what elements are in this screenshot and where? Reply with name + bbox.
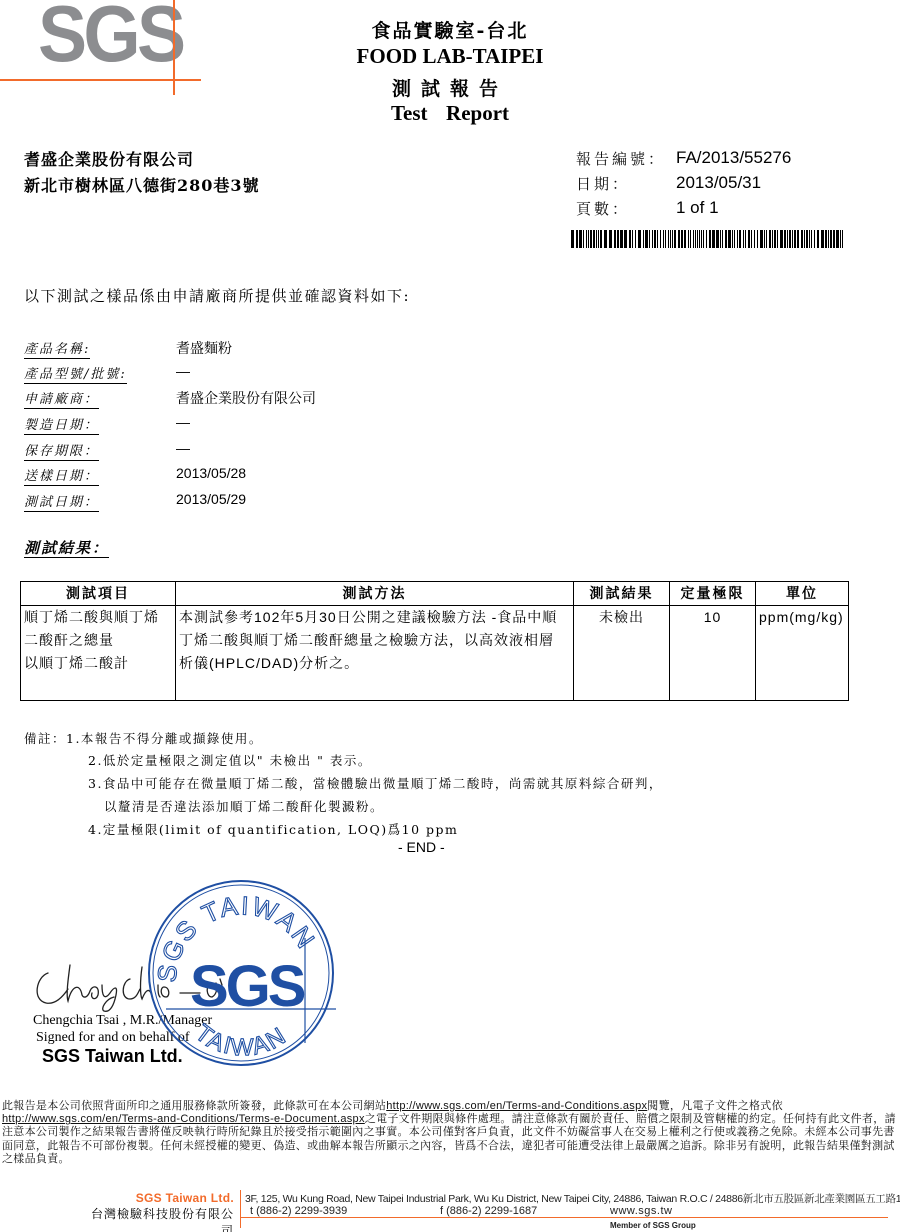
- note-3: 3.食品中可能存在微量順丁烯二酸，當檢體驗出微量順丁烯二酸時，尚需就其原料綜合研…: [88, 774, 663, 792]
- cell-test-result: 未檢出: [574, 606, 670, 701]
- header-test-result: 測試結果: [574, 582, 670, 606]
- footer-divider-vertical: [240, 1190, 241, 1228]
- report-number-value: FA/2013/55276: [676, 148, 791, 169]
- client-name: 耆盛企業股份有限公司: [24, 147, 194, 170]
- sample-field-label-text: 製造日期：: [24, 418, 99, 435]
- logo-orange-rule-vertical: [173, 0, 175, 95]
- sample-field-value: —: [176, 414, 190, 433]
- sample-field-value: —: [176, 440, 190, 459]
- e-document-terms-link[interactable]: http://www.sgs.com/en/Terms-and-Conditio…: [2, 1113, 365, 1125]
- cell-test-method: 本測試參考102年5月30日公開之建議檢驗方法 -食品中順 丁烯二酸與順丁烯二酸…: [176, 606, 574, 701]
- item-line: 順丁烯二酸與順丁烯: [24, 606, 172, 629]
- sample-field-label: 送樣日期：: [24, 465, 176, 484]
- sample-field-row: 送樣日期：2013/05/28: [24, 465, 246, 484]
- report-date-value: 2013/05/31: [676, 173, 761, 194]
- disclaimer-text: 此報告是本公司依照背面所印之通用服務條款所簽發，此條款可在本公司網站: [2, 1100, 386, 1112]
- sample-field-label: 產品型號/批號:: [24, 363, 176, 382]
- footer-fax: f (886-2) 2299-1687: [440, 1205, 537, 1217]
- sample-field-label: 製造日期：: [24, 414, 176, 433]
- end-marker: - END -: [398, 839, 445, 855]
- sgs-company-seal: SGS TAIWAN LTD TAIWAN SGS: [146, 878, 336, 1068]
- footer-telephone: t (886-2) 2299-3939: [250, 1205, 347, 1217]
- note-4: 4.定量極限(limit of quantification, LOQ)爲10 …: [88, 820, 458, 838]
- sample-field-row: 產品名稱:耆盛麵粉: [24, 338, 232, 358]
- sample-field-label: 測試日期：: [24, 491, 176, 510]
- legal-disclaimer: 此報告是本公司依照背面所印之通用服務條款所簽發，此條款可在本公司網站http:/…: [2, 1100, 898, 1166]
- header-test-method: 測試方法: [176, 582, 574, 606]
- report-number-label: 報告編號：: [576, 148, 676, 169]
- header-unit: 單位: [756, 582, 849, 606]
- sample-field-value: 2013/05/28: [176, 465, 246, 484]
- cell-test-item: 順丁烯二酸與順丁烯 二酸酐之總量 以順丁烯二酸計: [21, 606, 176, 701]
- footer-address: 3F, 125, Wu Kung Road, New Taipei Indust…: [245, 1191, 900, 1206]
- footer-company-zh: 台灣檢驗科技股份有限公司: [80, 1205, 234, 1232]
- sample-field-row: 保存期限：—: [24, 440, 190, 459]
- header-loq: 定量極限: [670, 582, 756, 606]
- method-line: 本測試參考102年5月30日公開之建議檢驗方法 -食品中順: [179, 606, 570, 629]
- report-title-en: Test Report: [300, 101, 600, 126]
- footer-member-note: Member of SGS Group: [610, 1221, 696, 1230]
- sample-field-row: 申請廠商：耆盛企業股份有限公司: [24, 388, 316, 408]
- footer-company-en: SGS Taiwan Ltd.: [88, 1191, 234, 1205]
- report-page-label: 頁數：: [576, 198, 676, 219]
- sample-field-label-text: 申請廠商：: [24, 392, 99, 409]
- item-line: 二酸酐之總量: [24, 629, 172, 652]
- results-heading-text: 測試結果：: [24, 539, 109, 558]
- svg-text:TAIWAN: TAIWAN: [190, 1019, 292, 1061]
- intro-statement: 以下測試之樣品係由申請廠商所提供並確認資料如下:: [24, 285, 410, 306]
- sgs-logo-text: SGS: [38, 0, 182, 74]
- sample-field-label: 產品名稱:: [24, 338, 176, 358]
- method-line: 析儀(HPLC/DAD)分析之。: [179, 652, 570, 675]
- results-table: 測試項目 測試方法 測試結果 定量極限 單位 順丁烯二酸與順丁烯 二酸酐之總量 …: [20, 581, 849, 701]
- item-line: 以順丁烯二酸計: [24, 652, 172, 675]
- note-3-continued: 以釐清是否違法添加順丁烯二酸酐化製澱粉。: [104, 797, 384, 815]
- report-page-value: 1 of 1: [676, 198, 719, 219]
- note-2: 2.低於定量極限之測定值以" 未檢出 " 表示。: [88, 751, 372, 769]
- terms-link[interactable]: http://www.sgs.com/en/Terms-and-Conditio…: [386, 1100, 647, 1112]
- disclaimer-text: 閱覽，凡電子文件之格式依: [647, 1100, 783, 1112]
- report-date-label: 日期：: [576, 173, 676, 194]
- sample-field-row: 製造日期：—: [24, 414, 190, 433]
- cell-loq: 10: [670, 606, 756, 701]
- cell-unit: ppm(mg/kg): [756, 606, 849, 701]
- table-row: 順丁烯二酸與順丁烯 二酸酐之總量 以順丁烯二酸計 本測試參考102年5月30日公…: [21, 606, 849, 701]
- report-title-zh: 測試報告: [300, 74, 600, 101]
- lab-name-zh: 食品實驗室-台北: [300, 16, 600, 43]
- logo-orange-rule-horizontal: [0, 79, 201, 81]
- lab-name-en: FOOD LAB-TAIPEI: [300, 44, 600, 69]
- sample-field-label-text: 產品名稱:: [24, 342, 90, 359]
- sample-field-label-text: 保存期限：: [24, 444, 99, 461]
- report-date-row: 日期： 2013/05/31: [576, 173, 761, 194]
- seal-bottom-text: TAIWAN: [190, 1019, 292, 1061]
- barcode: [571, 230, 843, 248]
- sample-field-label-text: 產品型號/批號:: [24, 367, 127, 384]
- sgs-logo: SGS: [0, 0, 210, 96]
- header-test-item: 測試項目: [21, 582, 176, 606]
- sample-field-row: 測試日期：2013/05/29: [24, 491, 246, 510]
- report-page-row: 頁數： 1 of 1: [576, 198, 719, 219]
- footer-divider-horizontal: [240, 1217, 888, 1218]
- sample-field-label: 申請廠商：: [24, 388, 176, 408]
- note-1: 備註：1.本報告不得分離或擷錄使用。: [24, 729, 263, 747]
- sample-field-row: 產品型號/批號:—: [24, 363, 190, 382]
- sample-field-value: 2013/05/29: [176, 491, 246, 510]
- method-line: 丁烯二酸與順丁烯二酸酐總量之檢驗方法，以高效液相層: [179, 629, 570, 652]
- sample-field-value: 耆盛企業股份有限公司: [176, 388, 316, 408]
- sample-field-value: —: [176, 363, 190, 382]
- footer-website[interactable]: www.sgs.tw: [610, 1205, 672, 1217]
- table-header-row: 測試項目 測試方法 測試結果 定量極限 單位: [21, 582, 849, 606]
- results-heading: 測試結果：: [24, 537, 109, 558]
- sample-field-label-text: 送樣日期：: [24, 469, 99, 486]
- report-number-row: 報告編號： FA/2013/55276: [576, 148, 791, 169]
- sample-field-value: 耆盛麵粉: [176, 338, 232, 358]
- sample-field-label-text: 測試日期：: [24, 495, 99, 512]
- client-address: 新北市樹林區八德街280巷3號: [24, 173, 260, 196]
- sample-field-label: 保存期限：: [24, 440, 176, 459]
